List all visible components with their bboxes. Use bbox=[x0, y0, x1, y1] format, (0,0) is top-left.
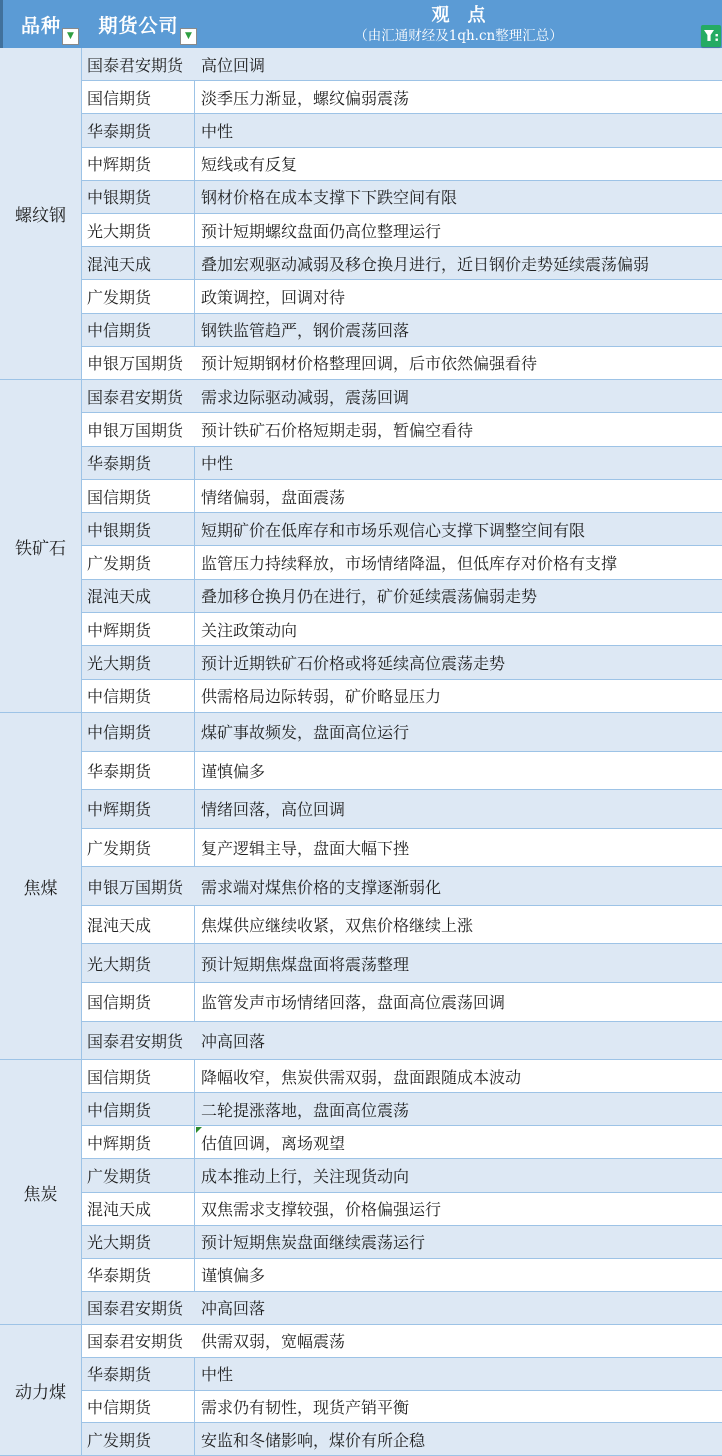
table-row: 中银期货钢材价格在成本支撑下下跌空间有限 bbox=[82, 181, 722, 214]
company-cell[interactable]: 申银万国期货 bbox=[82, 413, 195, 445]
company-cell[interactable]: 华泰期货 bbox=[82, 1358, 195, 1390]
opinion-cell[interactable]: 中性 bbox=[195, 114, 722, 146]
filter-dropdown-icon: ▼ bbox=[67, 32, 74, 41]
opinion-cell[interactable]: 预计短期焦煤盘面将震荡整理 bbox=[195, 944, 722, 982]
company-cell[interactable]: 光大期货 bbox=[82, 1226, 195, 1258]
funnel-glyph bbox=[702, 27, 720, 45]
opinion-cell[interactable]: 冲高回落 bbox=[195, 1022, 722, 1060]
table-row: 华泰期货中性 bbox=[82, 114, 722, 147]
section-rows: 国泰君安期货高位回调国信期货淡季压力渐显，螺纹偏弱震荡华泰期货中性中辉期货短线或… bbox=[82, 48, 722, 380]
company-cell[interactable]: 申银万国期货 bbox=[82, 867, 195, 905]
commodity-section: 铁矿石国泰君安期货需求边际驱动减弱，震荡回调申银万国期货预计铁矿石价格短期走弱，… bbox=[0, 380, 722, 713]
opinion-cell[interactable]: 复产逻辑主导，盘面大幅下挫 bbox=[195, 829, 722, 867]
table-row: 混沌天成焦煤供应继续收紧，双焦价格继续上涨 bbox=[82, 906, 722, 945]
company-cell[interactable]: 申银万国期货 bbox=[82, 347, 195, 379]
table-row: 国信期货情绪偏弱，盘面震荡 bbox=[82, 480, 722, 513]
table-row: 光大期货预计近期铁矿石价格或将延续高位震荡走势 bbox=[82, 646, 722, 679]
opinion-cell[interactable]: 预计近期铁矿石价格或将延续高位震荡走势 bbox=[195, 646, 722, 678]
opinion-cell[interactable]: 情绪偏弱，盘面震荡 bbox=[195, 480, 722, 512]
variety-cell[interactable]: 焦煤 bbox=[0, 713, 82, 1060]
table-row: 中信期货煤矿事故频发，盘面高位运行 bbox=[82, 713, 722, 752]
opinion-cell[interactable]: 政策调控，回调对待 bbox=[195, 280, 722, 312]
opinion-cell[interactable]: 降幅收窄，焦炭供需双弱，盘面跟随成本波动 bbox=[195, 1060, 722, 1092]
opinion-cell[interactable]: 预计短期钢材价格整理回调，后市依然偏强看待 bbox=[195, 347, 722, 379]
opinion-cell[interactable]: 成本推动上行，关注现货动向 bbox=[195, 1159, 722, 1191]
opinion-cell[interactable]: 叠加移仓换月仍在进行，矿价延续震荡偏弱走势 bbox=[195, 580, 722, 612]
company-cell[interactable]: 中信期货 bbox=[82, 713, 195, 751]
company-cell[interactable]: 华泰期货 bbox=[82, 114, 195, 146]
company-cell[interactable]: 光大期货 bbox=[82, 944, 195, 982]
company-cell[interactable]: 中银期货 bbox=[82, 513, 195, 545]
funnel-filter-icon[interactable] bbox=[701, 25, 721, 47]
company-cell[interactable]: 中辉期货 bbox=[82, 613, 195, 645]
table-row: 混沌天成双焦需求支撑较强，价格偏强运行 bbox=[82, 1193, 722, 1226]
opinion-cell[interactable]: 监管发声市场情绪回落，盘面高位震荡回调 bbox=[195, 983, 722, 1021]
opinion-cell[interactable]: 预计短期焦炭盘面继续震荡运行 bbox=[195, 1226, 722, 1258]
company-cell[interactable]: 国泰君安期货 bbox=[82, 1022, 195, 1060]
table-row: 光大期货预计短期螺纹盘面仍高位整理运行 bbox=[82, 214, 722, 247]
table-row: 广发期货监管压力持续释放，市场情绪降温，但低库存对价格有支撑 bbox=[82, 546, 722, 579]
company-cell[interactable]: 光大期货 bbox=[82, 646, 195, 678]
section-rows: 国泰君安期货供需双弱，宽幅震荡华泰期货中性中信期货需求仍有韧性，现货产销平衡广发… bbox=[82, 1325, 722, 1456]
variety-label: 焦煤 bbox=[24, 874, 58, 899]
company-cell[interactable]: 中银期货 bbox=[82, 181, 195, 213]
opinion-cell[interactable]: 二轮提涨落地，盘面高位震荡 bbox=[195, 1093, 722, 1125]
table-row: 中信期货需求仍有韧性，现货产销平衡 bbox=[82, 1391, 722, 1424]
opinion-cell[interactable]: 中性 bbox=[195, 447, 722, 479]
opinion-cell[interactable]: 煤矿事故频发，盘面高位运行 bbox=[195, 713, 722, 751]
commodity-section: 动力煤国泰君安期货供需双弱，宽幅震荡华泰期货中性中信期货需求仍有韧性，现货产销平… bbox=[0, 1325, 722, 1456]
table-body: 螺纹钢国泰君安期货高位回调国信期货淡季压力渐显，螺纹偏弱震荡华泰期货中性中辉期货… bbox=[0, 48, 722, 1456]
opinion-cell[interactable]: 中性 bbox=[195, 1358, 722, 1390]
opinion-cell[interactable]: 谨慎偏多 bbox=[195, 1259, 722, 1291]
table-row: 华泰期货谨慎偏多 bbox=[82, 1259, 722, 1292]
company-cell[interactable]: 混沌天成 bbox=[82, 1193, 195, 1225]
commodity-section: 焦炭国信期货降幅收窄，焦炭供需双弱，盘面跟随成本波动中信期货二轮提涨落地，盘面高… bbox=[0, 1060, 722, 1325]
section-rows: 国信期货降幅收窄，焦炭供需双弱，盘面跟随成本波动中信期货二轮提涨落地，盘面高位震… bbox=[82, 1060, 722, 1325]
table-header: 品种 ▼ 期货公司 ▼ 观 点 （由汇通财经及1qh.cn整理汇总） bbox=[0, 0, 722, 48]
table-row: 国泰君安期货供需双弱，宽幅震荡 bbox=[82, 1325, 722, 1358]
opinion-cell[interactable]: 冲高回落 bbox=[195, 1292, 722, 1324]
opinion-cell[interactable]: 安监和冬储影响，煤价有所企稳 bbox=[195, 1423, 722, 1455]
opinion-cell[interactable]: 高位回调 bbox=[195, 48, 722, 80]
table-row: 中信期货钢铁监管趋严，钢价震荡回落 bbox=[82, 314, 722, 347]
opinion-cell[interactable]: 双焦需求支撑较强，价格偏强运行 bbox=[195, 1193, 722, 1225]
variety-label: 铁矿石 bbox=[15, 534, 66, 559]
company-cell[interactable]: 华泰期货 bbox=[82, 1259, 195, 1291]
opinion-cell[interactable]: 需求仍有韧性，现货产销平衡 bbox=[195, 1391, 722, 1423]
opinion-cell[interactable]: 预计短期螺纹盘面仍高位整理运行 bbox=[195, 214, 722, 246]
opinion-cell[interactable]: 预计铁矿石价格短期走弱，暂偏空看待 bbox=[195, 413, 722, 445]
table-row: 申银万国期货需求端对煤焦价格的支撑逐渐弱化 bbox=[82, 867, 722, 906]
table-row: 中辉期货情绪回落，高位回调 bbox=[82, 790, 722, 829]
opinion-cell[interactable]: 需求端对煤焦价格的支撑逐渐弱化 bbox=[195, 867, 722, 905]
opinion-cell[interactable]: 谨慎偏多 bbox=[195, 752, 722, 790]
company-cell[interactable]: 广发期货 bbox=[82, 546, 195, 578]
header-cell-company[interactable]: 期货公司 ▼ bbox=[82, 0, 195, 48]
company-column-label: 期货公司 bbox=[98, 11, 178, 38]
company-cell[interactable]: 中信期货 bbox=[82, 680, 195, 712]
company-cell[interactable]: 中辉期货 bbox=[82, 790, 195, 828]
variety-column-label: 品种 bbox=[21, 11, 61, 38]
company-cell[interactable]: 广发期货 bbox=[82, 1159, 195, 1191]
company-cell[interactable]: 混沌天成 bbox=[82, 906, 195, 944]
table-row: 华泰期货中性 bbox=[82, 1358, 722, 1391]
table-row: 华泰期货中性 bbox=[82, 447, 722, 480]
company-cell[interactable]: 华泰期货 bbox=[82, 447, 195, 479]
opinion-cell[interactable]: 供需双弱，宽幅震荡 bbox=[195, 1325, 722, 1357]
opinion-cell[interactable]: 叠加宏观驱动减弱及移仓换月进行，近日钢价走势延续震荡偏弱 bbox=[195, 247, 722, 279]
futures-opinion-sheet: 品种 ▼ 期货公司 ▼ 观 点 （由汇通财经及1qh.cn整理汇总） 螺纹钢国泰… bbox=[0, 0, 722, 1456]
company-cell[interactable]: 华泰期货 bbox=[82, 752, 195, 790]
opinion-cell[interactable]: 供需格局边际转弱，矿价略显压力 bbox=[195, 680, 722, 712]
company-cell[interactable]: 国信期货 bbox=[82, 983, 195, 1021]
variety-label: 焦炭 bbox=[24, 1180, 58, 1205]
table-row: 中信期货供需格局边际转弱，矿价略显压力 bbox=[82, 680, 722, 713]
table-row: 混沌天成叠加宏观驱动减弱及移仓换月进行，近日钢价走势延续震荡偏弱 bbox=[82, 247, 722, 280]
table-row: 国泰君安期货冲高回落 bbox=[82, 1022, 722, 1061]
table-row: 中辉期货关注政策动向 bbox=[82, 613, 722, 646]
table-row: 申银万国期货预计铁矿石价格短期走弱，暂偏空看待 bbox=[82, 413, 722, 446]
header-cell-variety[interactable]: 品种 ▼ bbox=[0, 0, 82, 48]
filter-dropdown-icon: ▼ bbox=[185, 32, 192, 41]
company-cell[interactable]: 光大期货 bbox=[82, 214, 195, 246]
opinion-cell[interactable]: 需求边际驱动减弱，震荡回调 bbox=[195, 380, 722, 412]
company-cell[interactable]: 广发期货 bbox=[82, 1423, 195, 1455]
company-cell[interactable]: 混沌天成 bbox=[82, 247, 195, 279]
variety-cell[interactable]: 螺纹钢 bbox=[0, 48, 82, 380]
table-row: 中信期货二轮提涨落地，盘面高位震荡 bbox=[82, 1093, 722, 1126]
table-row: 中辉期货估值回调，离场观望 bbox=[82, 1126, 722, 1159]
table-row: 广发期货复产逻辑主导，盘面大幅下挫 bbox=[82, 829, 722, 868]
variety-cell[interactable]: 焦炭 bbox=[0, 1060, 82, 1325]
company-cell[interactable]: 国信期货 bbox=[82, 1060, 195, 1092]
opinion-cell[interactable]: 钢材价格在成本支撑下下跌空间有限 bbox=[195, 181, 722, 213]
company-cell[interactable]: 国泰君安期货 bbox=[82, 1292, 195, 1324]
company-cell[interactable]: 中信期货 bbox=[82, 314, 195, 346]
header-cell-opinion[interactable]: 观 点 （由汇通财经及1qh.cn整理汇总） bbox=[195, 0, 722, 48]
variety-label: 螺纹钢 bbox=[15, 201, 66, 226]
table-row: 国信期货降幅收窄，焦炭供需双弱，盘面跟随成本波动 bbox=[82, 1060, 722, 1093]
company-cell[interactable]: 国泰君安期货 bbox=[82, 48, 195, 80]
table-row: 国信期货监管发声市场情绪回落，盘面高位震荡回调 bbox=[82, 983, 722, 1022]
table-row: 华泰期货谨慎偏多 bbox=[82, 752, 722, 791]
table-row: 光大期货预计短期焦炭盘面继续震荡运行 bbox=[82, 1226, 722, 1259]
commodity-section: 螺纹钢国泰君安期货高位回调国信期货淡季压力渐显，螺纹偏弱震荡华泰期货中性中辉期货… bbox=[0, 48, 722, 380]
company-cell[interactable]: 中信期货 bbox=[82, 1093, 195, 1125]
company-cell[interactable]: 国信期货 bbox=[82, 480, 195, 512]
table-row: 广发期货政策调控，回调对待 bbox=[82, 280, 722, 313]
opinion-cell[interactable]: 钢铁监管趋严，钢价震荡回落 bbox=[195, 314, 722, 346]
table-row: 国泰君安期货高位回调 bbox=[82, 48, 722, 81]
opinion-cell[interactable]: 淡季压力渐显，螺纹偏弱震荡 bbox=[195, 81, 722, 113]
table-row: 中辉期货短线或有反复 bbox=[82, 148, 722, 181]
opinion-column-subtitle: （由汇通财经及1qh.cn整理汇总） bbox=[354, 29, 562, 45]
table-row: 国泰君安期货需求边际驱动减弱，震荡回调 bbox=[82, 380, 722, 413]
company-cell[interactable]: 广发期货 bbox=[82, 280, 195, 312]
company-cell[interactable]: 混沌天成 bbox=[82, 580, 195, 612]
opinion-cell[interactable]: 焦煤供应继续收紧，双焦价格继续上涨 bbox=[195, 906, 722, 944]
variety-label: 动力煤 bbox=[15, 1378, 66, 1403]
opinion-cell[interactable]: 估值回调，离场观望 bbox=[195, 1126, 722, 1158]
company-cell[interactable]: 广发期货 bbox=[82, 829, 195, 867]
variety-cell[interactable]: 铁矿石 bbox=[0, 380, 82, 713]
table-row: 国信期货淡季压力渐显，螺纹偏弱震荡 bbox=[82, 81, 722, 114]
table-row: 广发期货成本推动上行，关注现货动向 bbox=[82, 1159, 722, 1192]
opinion-cell[interactable]: 关注政策动向 bbox=[195, 613, 722, 645]
commodity-section: 焦煤中信期货煤矿事故频发，盘面高位运行华泰期货谨慎偏多中辉期货情绪回落，高位回调… bbox=[0, 713, 722, 1060]
opinion-column-title: 观 点 bbox=[432, 6, 486, 27]
variety-filter-button[interactable]: ▼ bbox=[62, 28, 79, 45]
table-row: 光大期货预计短期焦煤盘面将震荡整理 bbox=[82, 944, 722, 983]
company-cell[interactable]: 国泰君安期货 bbox=[82, 1325, 195, 1357]
table-row: 申银万国期货预计短期钢材价格整理回调，后市依然偏强看待 bbox=[82, 347, 722, 380]
table-row: 中银期货短期矿价在低库存和市场乐观信心支撑下调整空间有限 bbox=[82, 513, 722, 546]
section-rows: 中信期货煤矿事故频发，盘面高位运行华泰期货谨慎偏多中辉期货情绪回落，高位回调广发… bbox=[82, 713, 722, 1060]
table-row: 混沌天成叠加移仓换月仍在进行，矿价延续震荡偏弱走势 bbox=[82, 580, 722, 613]
section-rows: 国泰君安期货需求边际驱动减弱，震荡回调申银万国期货预计铁矿石价格短期走弱，暂偏空… bbox=[82, 380, 722, 713]
variety-cell[interactable]: 动力煤 bbox=[0, 1325, 82, 1456]
company-cell[interactable]: 中辉期货 bbox=[82, 148, 195, 180]
opinion-cell[interactable]: 监管压力持续释放，市场情绪降温，但低库存对价格有支撑 bbox=[195, 546, 722, 578]
company-cell[interactable]: 国泰君安期货 bbox=[82, 380, 195, 412]
opinion-cell[interactable]: 情绪回落，高位回调 bbox=[195, 790, 722, 828]
table-row: 广发期货安监和冬储影响，煤价有所企稳 bbox=[82, 1423, 722, 1456]
company-cell[interactable]: 中信期货 bbox=[82, 1391, 195, 1423]
opinion-cell[interactable]: 短线或有反复 bbox=[195, 148, 722, 180]
company-cell[interactable]: 国信期货 bbox=[82, 81, 195, 113]
opinion-cell[interactable]: 短期矿价在低库存和市场乐观信心支撑下调整空间有限 bbox=[195, 513, 722, 545]
comment-marker-icon bbox=[196, 1127, 202, 1133]
table-row: 国泰君安期货冲高回落 bbox=[82, 1292, 722, 1325]
company-cell[interactable]: 中辉期货 bbox=[82, 1126, 195, 1158]
